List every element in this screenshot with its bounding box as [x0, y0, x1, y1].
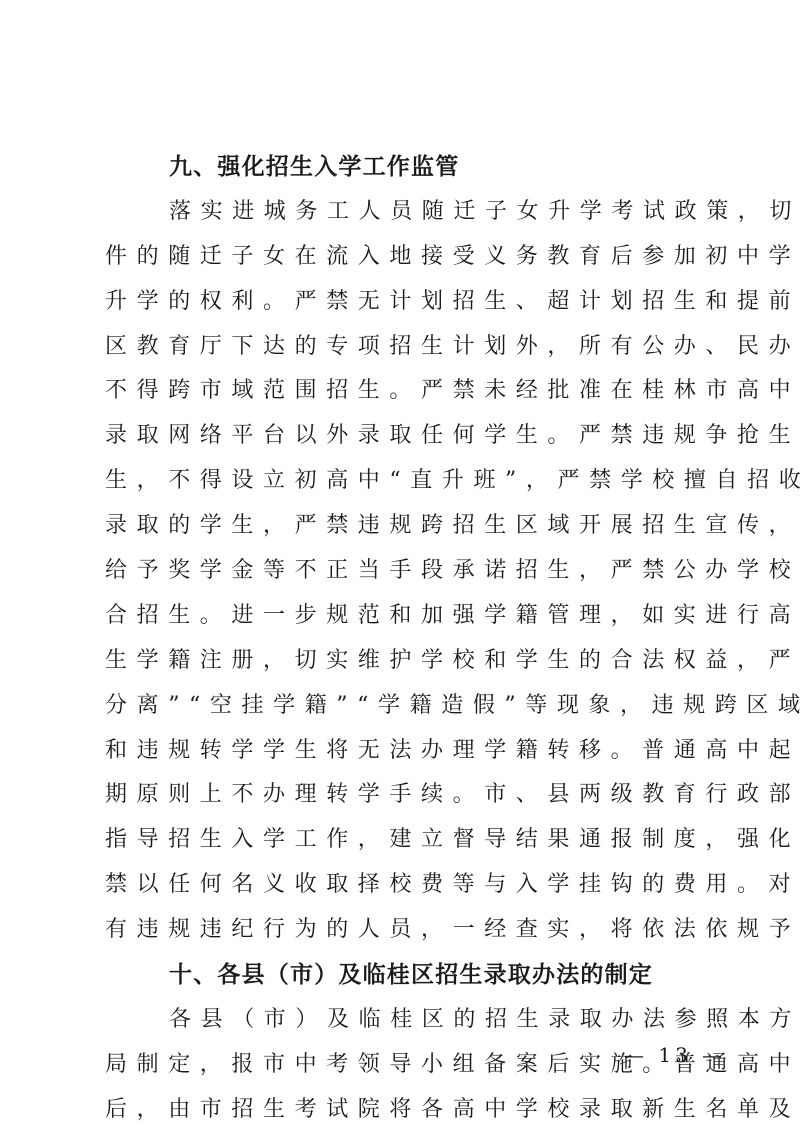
paragraph-line: 期原则上不办理转学手续。市、县两级教育行政部门要定期督促 [105, 773, 713, 818]
paragraph-line: 录取的学生，严禁违规跨招生区域开展招生宣传，严禁以免学费、 [105, 504, 713, 549]
paragraph-line: 各县（市）及临桂区的招生录取办法参照本方案由当地教育 [105, 998, 713, 1043]
paragraph-line: 生，不得设立初高中“直升班”，严禁学校擅自招收已被其他学校 [105, 459, 713, 504]
paragraph-line: 生学籍注册，切实维护学校和学生的合法权益，严禁出现“人籍 [105, 639, 713, 684]
paragraph-line: 合招生。进一步规范和加强学籍管理，如实进行高中阶段学校学 [105, 594, 713, 639]
paragraph-line: 分离”“空挂学籍”“学籍造假”等现象，违规跨区域招收的学生 [105, 684, 713, 729]
paragraph-line: 录取网络平台以外录取任何学生。严禁违规争抢生源、“掐尖”招 [105, 414, 713, 459]
paragraph-line: 局制定，报市中考领导小组备案后实施。普通高中录取工作结束 [105, 1043, 713, 1088]
paragraph-line: 禁以任何名义收取择校费等与入学挂钩的费用。对在招生工作中 [105, 863, 713, 908]
paragraph-line: 指导招生入学工作，建立督导结果通报制度，强化责任追究。严 [105, 818, 713, 863]
paragraph-line: 不得跨市域范围招生。严禁未经批准在桂林市高中阶段学校招生 [105, 369, 713, 414]
paragraph-line: 有违规违纪行为的人员，一经查实，将依法依规予以严肃处理。 [105, 908, 713, 953]
paragraph-line: 升学的权利。严禁无计划招生、超计划招生和提前招生。除自治 [105, 280, 713, 325]
paragraph-line: 和违规转学学生将无法办理学籍转移。普通高中起始年级第一学 [105, 729, 713, 774]
document-page: 九、强化招生入学工作监管 落实进城务工人员随迁子女升学考试政策，切实保障符合条 … [0, 0, 800, 1131]
paragraph-line: 落实进城务工人员随迁子女升学考试政策，切实保障符合条 [105, 190, 713, 235]
paragraph-line: 后，由市招生考试院将各高中学校录取新生名单及时报送市教育 [105, 1088, 713, 1131]
paragraph-line: 给予奖学金等不正当手段承诺招生，严禁公办学校与民办学校混 [105, 549, 713, 594]
section-heading-9: 九、强化招生入学工作监管 [105, 145, 713, 190]
section-heading-10: 十、各县（市）及临桂区招生录取办法的制定 [105, 953, 713, 998]
page-number: — 13 — [624, 1043, 726, 1067]
paragraph-line: 区教育厅下达的专项招生计划外，所有公办、民办普通高中学校 [105, 325, 713, 370]
document-body: 九、强化招生入学工作监管 落实进城务工人员随迁子女升学考试政策，切实保障符合条 … [105, 145, 713, 1131]
paragraph-line: 件的随迁子女在流入地接受义务教育后参加初中学业水平考试和 [105, 235, 713, 280]
